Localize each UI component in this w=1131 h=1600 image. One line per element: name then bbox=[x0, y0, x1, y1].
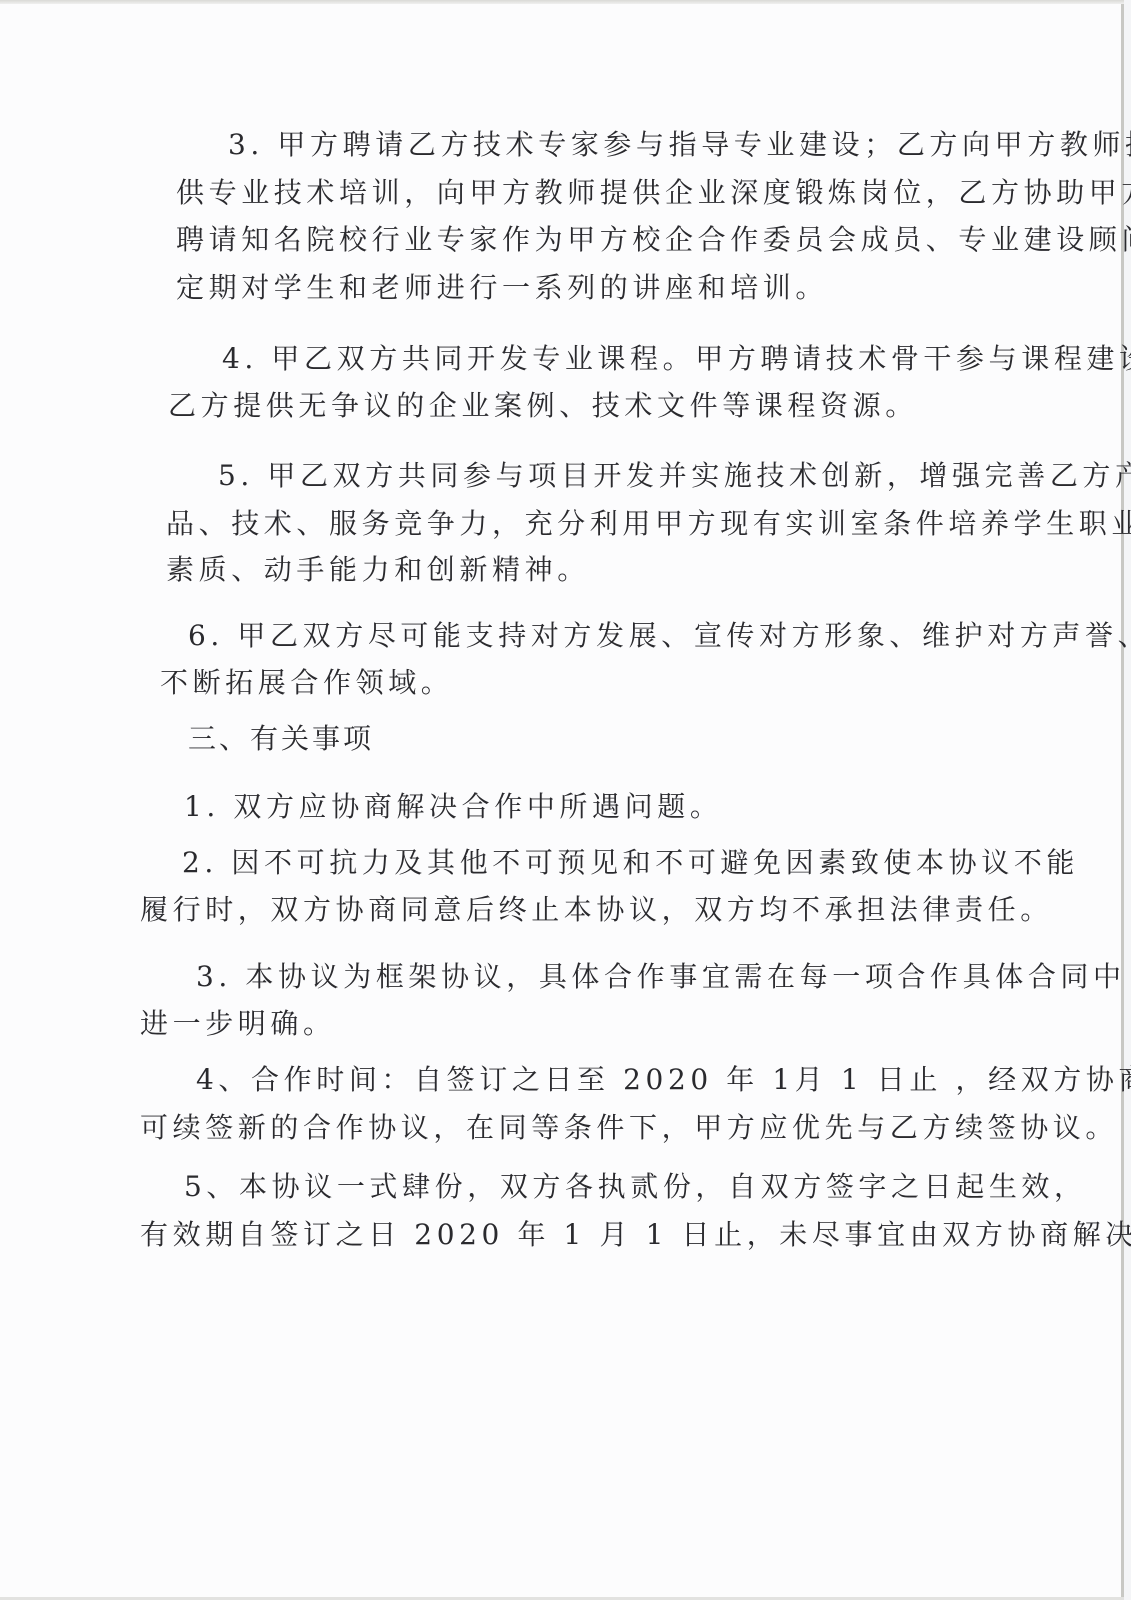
scanned-document-page: 3. 甲方聘请乙方技术专家参与指导专业建设；乙方向甲方教师提 供专业技术培训，向… bbox=[0, 0, 1124, 1600]
text-line: 定期对学生和老师进行一系列的讲座和培训。 bbox=[176, 271, 828, 305]
text-line: 品、技术、服务竞争力，充分利用甲方现有实训室条件培养学生职业 bbox=[166, 507, 1131, 541]
text-line: 4、合作时间：自签订之日至 2020 年 1月 1 日止 ，经双方协商， bbox=[196, 1063, 1131, 1097]
section-heading: 三、有关事项 bbox=[188, 722, 374, 756]
text-line: 乙方提供无争议的企业案例、技术文件等课程资源。 bbox=[168, 389, 918, 423]
text-line: 5、本协议一式肆份，双方各执贰份，自双方签字之日起生效， bbox=[184, 1170, 1087, 1204]
text-line: 3. 本协议为框架协议，具体合作事宜需在每一项合作具体合同中 bbox=[196, 960, 1126, 994]
text-line: 6. 甲乙双方尽可能支持对方发展、宣传对方形象、维护对方声誉、 bbox=[188, 619, 1131, 653]
text-line: 进一步明确。 bbox=[140, 1007, 336, 1041]
text-line: 供专业技术培训，向甲方教师提供企业深度锻炼岗位，乙方协助甲方 bbox=[176, 176, 1131, 210]
text-line: 2. 因不可抗力及其他不可预见和不可避免因素致使本协议不能 bbox=[182, 846, 1079, 880]
text-line: 素质、动手能力和创新精神。 bbox=[166, 553, 590, 587]
text-line: 有效期自签订之日 2020 年 1 月 1 日止，未尽事宜由双方协商解决。 bbox=[140, 1218, 1131, 1252]
text-line: 履行时，双方协商同意后终止本协议，双方均不承担法律责任。 bbox=[140, 893, 1053, 927]
text-line: 1. 双方应协商解决合作中所遇问题。 bbox=[184, 790, 722, 824]
text-line: 聘请知名院校行业专家作为甲方校企合作委员会成员、专业建设顾问， bbox=[176, 223, 1131, 257]
text-line: 4. 甲乙双方共同开发专业课程。甲方聘请技术骨干参与课程建设； bbox=[222, 342, 1131, 376]
text-line: 可续签新的合作协议，在同等条件下，甲方应优先与乙方续签协议。 bbox=[140, 1111, 1118, 1145]
text-line: 3. 甲方聘请乙方技术专家参与指导专业建设；乙方向甲方教师提 bbox=[228, 128, 1131, 162]
text-line: 5. 甲乙双方共同参与项目开发并实施技术创新，增强完善乙方产 bbox=[218, 459, 1131, 493]
page-top-edge bbox=[0, 0, 1124, 4]
text-line: 不断拓展合作领域。 bbox=[160, 666, 453, 700]
